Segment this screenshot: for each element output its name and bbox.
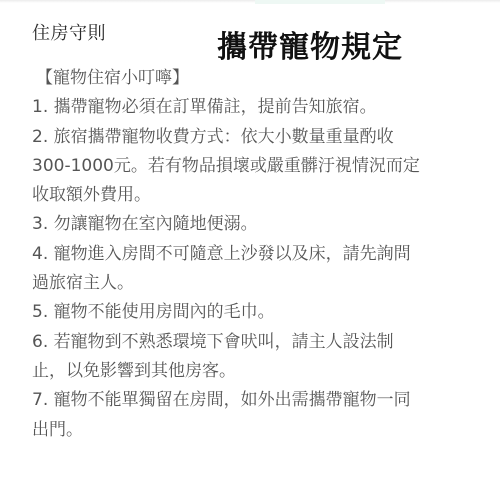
rule-2-line-2: 300-1000元。若有物品損壞或嚴重髒汙視情況而定 <box>32 152 472 181</box>
rule-1-line-1: 1. 攜帶寵物必須在訂單備註，提前告知旅宿。 <box>32 93 472 122</box>
rule-4-line-2: 過旅宿主人。 <box>32 269 472 298</box>
rule-6-line-1: 6. 若寵物到不熟悉環境下會吠叫，請主人設法制 <box>32 328 472 357</box>
rule-5-line-1: 5. 寵物不能使用房間內的毛巾。 <box>32 298 472 327</box>
rule-7-line-1: 7. 寵物不能單獨留在房間，如外出需攜帶寵物一同 <box>32 386 472 415</box>
rule-2-line-1: 2. 旅宿攜帶寵物收費方式：依大小數量重量酌收 <box>32 123 472 152</box>
rule-6-line-2: 止，以免影響到其他房客。 <box>32 357 472 386</box>
rule-3-line-1: 3. 勿讓寵物在室內隨地便溺。 <box>32 210 472 239</box>
page-title: 攜帶寵物規定 <box>217 22 403 66</box>
top-edge-shadow <box>0 0 500 3</box>
pet-rules-content: 【寵物住宿小叮嚀】 1. 攜帶寵物必須在訂單備註，提前告知旅宿。 2. 旅宿攜帶… <box>32 64 472 445</box>
section-heading: 住房守則 <box>32 19 106 45</box>
top-edge-tint <box>255 0 385 4</box>
rule-4-line-1: 4. 寵物進入房間不可隨意上沙發以及床，請先詢問 <box>32 240 472 269</box>
rule-2-line-3: 收取額外費用。 <box>32 181 472 210</box>
pet-tips-subtitle: 【寵物住宿小叮嚀】 <box>36 64 472 93</box>
rule-7-line-2: 出門。 <box>32 416 472 445</box>
